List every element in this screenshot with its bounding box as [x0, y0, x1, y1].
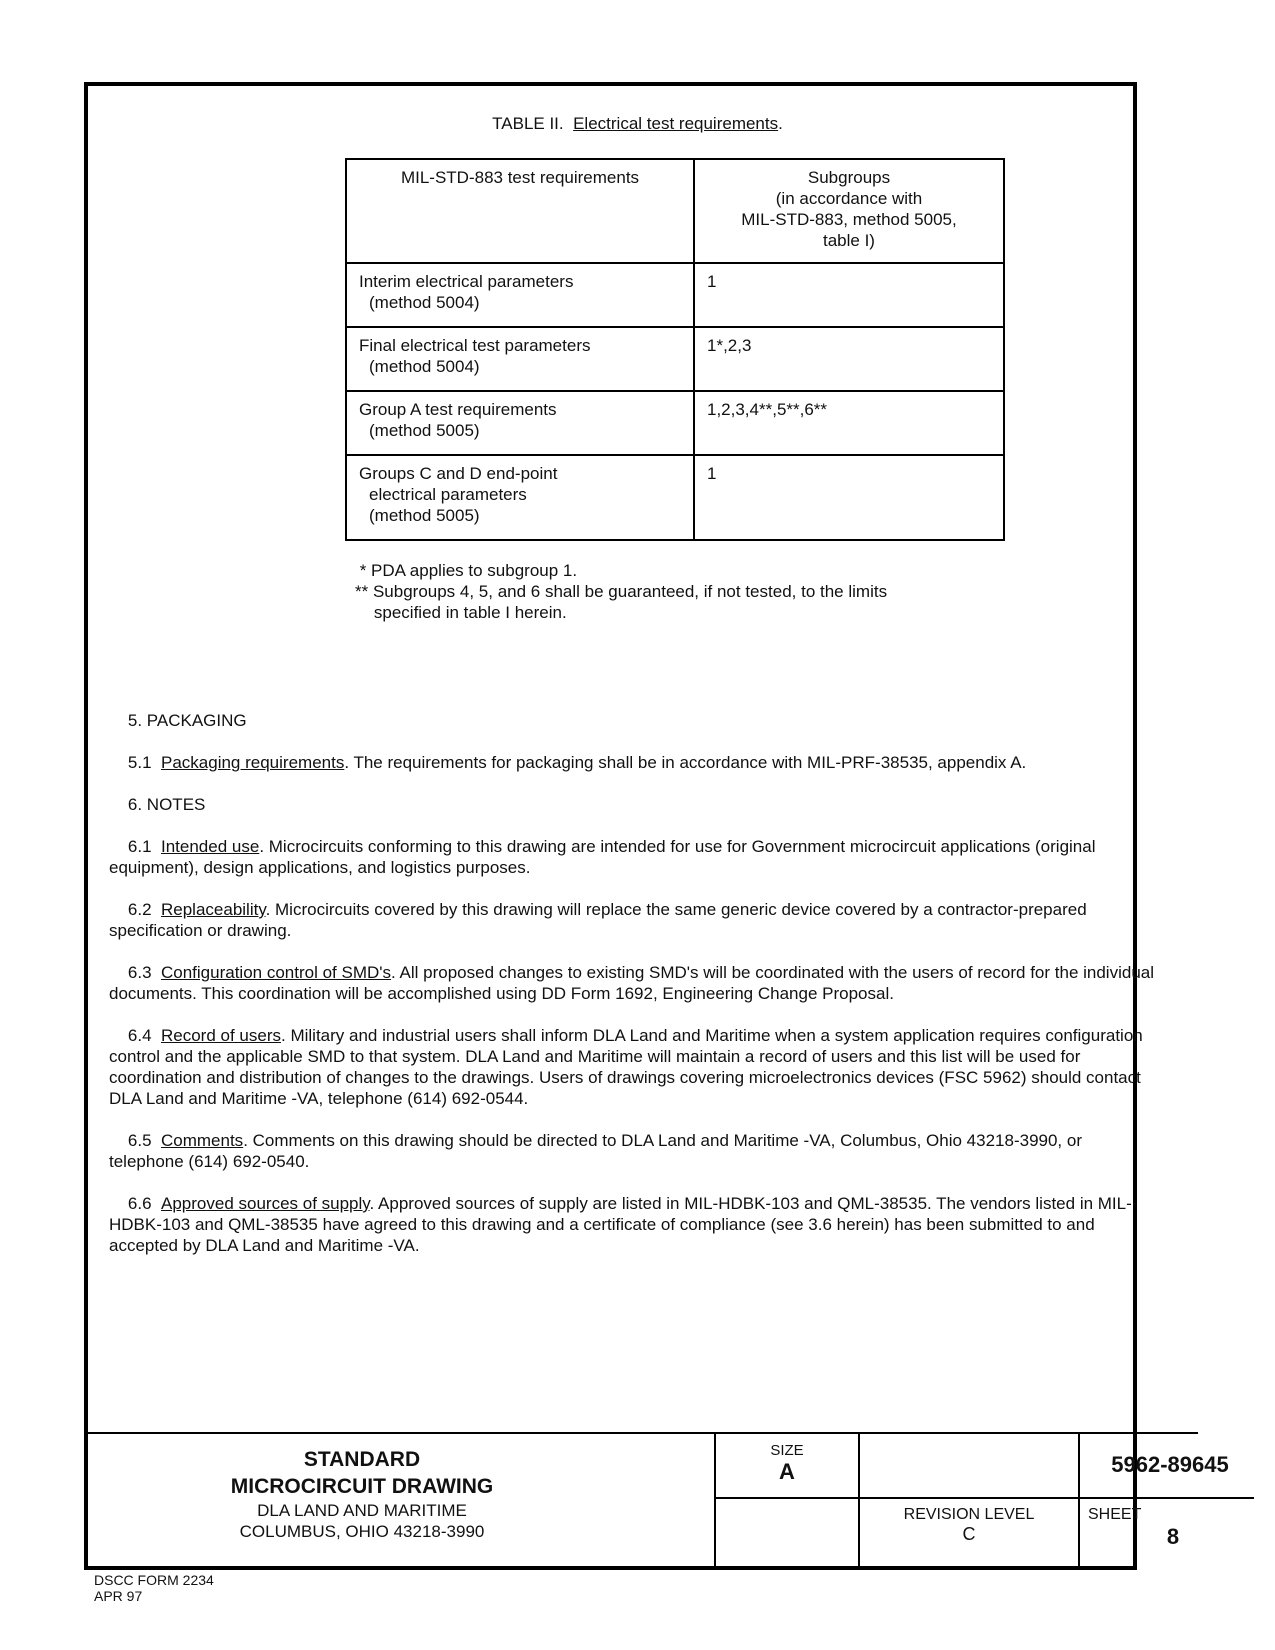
- form-date: APR 97: [94, 1588, 214, 1604]
- document-number: 5962-89645: [1111, 1452, 1228, 1477]
- requirement-text: Groups C and D end-point: [359, 464, 557, 483]
- header-text: table I): [823, 231, 875, 250]
- agency-name: DLA LAND AND MARITIME: [88, 1500, 636, 1521]
- sheet-number: 8: [1088, 1524, 1238, 1550]
- header-text: MIL-STD-883, method 5005,: [741, 210, 956, 229]
- paragraph-6-2: 6.2 Replaceability. Microcircuits covere…: [109, 899, 1159, 941]
- section-6-heading: 6. NOTES: [109, 794, 1159, 815]
- subgroups-cell: 1*,2,3: [694, 327, 1004, 391]
- footnote: * PDA applies to subgroup 1.: [355, 560, 887, 581]
- paragraph-text: . The requirements for packaging shall b…: [344, 753, 1026, 772]
- paragraph-6-3: 6.3 Configuration control of SMD's. All …: [109, 962, 1159, 1004]
- subgroups-cell: 1,2,3,4**,5**,6**: [694, 391, 1004, 455]
- paragraph-number: 6.2: [128, 900, 152, 919]
- table-row: Groups C and D end-pointelectrical param…: [346, 455, 1004, 540]
- table-title-text: Electrical test requirements: [573, 114, 778, 133]
- requirement-text: Final electrical test parameters: [359, 336, 590, 355]
- requirement-cell: Group A test requirements(method 5005): [346, 391, 694, 455]
- sheet-cell: SHEET 8: [1088, 1506, 1238, 1550]
- electrical-test-table: MIL-STD-883 test requirements Subgroups …: [345, 158, 1005, 541]
- paragraph-5-1: 5.1 Packaging requirements. The requirem…: [109, 752, 1159, 773]
- requirement-cell: Interim electrical parameters(method 500…: [346, 263, 694, 327]
- heading-text: 5. PACKAGING: [128, 711, 247, 730]
- agency-address: COLUMBUS, OHIO 43218-3990: [88, 1521, 636, 1542]
- paragraph-6-1: 6.1 Intended use. Microcircuits conformi…: [109, 836, 1159, 878]
- subgroups-cell: 1: [694, 263, 1004, 327]
- header-requirements: MIL-STD-883 test requirements: [346, 159, 694, 263]
- paragraph-6-4: 6.4 Record of users. Military and indust…: [109, 1025, 1159, 1109]
- requirement-method: (method 5005): [359, 505, 681, 526]
- requirement-method: (method 5004): [359, 356, 681, 377]
- divider: [714, 1497, 1254, 1499]
- header-subgroups: Subgroups (in accordance with MIL-STD-88…: [694, 159, 1004, 263]
- size-cell: SIZE A: [716, 1442, 858, 1485]
- document-number-cell: 5962-89645: [1080, 1452, 1260, 1478]
- paragraph-number: 6.3: [128, 963, 152, 982]
- requirement-method: (method 5005): [359, 420, 681, 441]
- paragraph-number: 5.1: [128, 753, 152, 772]
- requirement-method: (method 5004): [359, 292, 681, 313]
- paragraph-title: Comments: [161, 1131, 243, 1150]
- title-block: STANDARD MICROCIRCUIT DRAWING DLA LAND A…: [88, 1432, 1198, 1568]
- form-identifier: DSCC FORM 2234 APR 97: [94, 1572, 214, 1604]
- section-5-heading: 5. PACKAGING: [109, 710, 1159, 731]
- requirement-text: Group A test requirements: [359, 400, 557, 419]
- requirement-text: Interim electrical parameters: [359, 272, 573, 291]
- table-label: TABLE II.: [492, 114, 564, 133]
- paragraph-title: Intended use: [161, 837, 259, 856]
- table-title-period: .: [778, 114, 783, 133]
- divider: [858, 1434, 860, 1568]
- table-footnotes: * PDA applies to subgroup 1. ** Subgroup…: [355, 560, 887, 623]
- table-row: Interim electrical parameters(method 500…: [346, 263, 1004, 327]
- subgroups-cell: 1: [694, 455, 1004, 540]
- header-text: (in accordance with: [776, 189, 922, 208]
- paragraph-number: 6.4: [128, 1026, 152, 1045]
- table-row: Group A test requirements(method 5005) 1…: [346, 391, 1004, 455]
- document-body: 5. PACKAGING 5.1 Packaging requirements.…: [109, 710, 1159, 1277]
- header-text: MIL-STD-883 test requirements: [401, 168, 639, 187]
- paragraph-number: 6.1: [128, 837, 152, 856]
- revision-cell: REVISION LEVEL C: [860, 1506, 1078, 1545]
- size-label: SIZE: [716, 1442, 858, 1459]
- paragraph-6-5: 6.5 Comments. Comments on this drawing s…: [109, 1130, 1159, 1172]
- footnote: specified in table I herein.: [355, 602, 887, 623]
- size-value: A: [716, 1459, 858, 1485]
- table-header-row: MIL-STD-883 test requirements Subgroups …: [346, 159, 1004, 263]
- title-line: MICROCIRCUIT DRAWING: [88, 1473, 636, 1500]
- paragraph-title: Packaging requirements: [161, 753, 344, 772]
- paragraph-6-6: 6.6 Approved sources of supply. Approved…: [109, 1193, 1159, 1256]
- paragraph-title: Record of users: [161, 1026, 281, 1045]
- requirement-text: electrical parameters: [359, 484, 681, 505]
- revision-label: REVISION LEVEL: [860, 1506, 1078, 1524]
- form-number: DSCC FORM 2234: [94, 1572, 214, 1588]
- sheet-label: SHEET: [1088, 1506, 1238, 1524]
- footnote: ** Subgroups 4, 5, and 6 shall be guaran…: [355, 581, 887, 602]
- paragraph-title: Approved sources of supply: [161, 1194, 370, 1213]
- paragraph-text: . Comments on this drawing should be dir…: [109, 1131, 1082, 1171]
- requirement-cell: Groups C and D end-pointelectrical param…: [346, 455, 694, 540]
- paragraph-title: Replaceability: [161, 900, 266, 919]
- title-line: STANDARD: [88, 1446, 636, 1473]
- requirement-cell: Final electrical test parameters(method …: [346, 327, 694, 391]
- paragraph-title: Configuration control of SMD's: [161, 963, 391, 982]
- table-row: Final electrical test parameters(method …: [346, 327, 1004, 391]
- header-text: Subgroups: [808, 168, 890, 187]
- table-title: TABLE II. Electrical test requirements.: [0, 114, 1275, 134]
- heading-text: 6. NOTES: [128, 795, 205, 814]
- paragraph-number: 6.5: [128, 1131, 152, 1150]
- paragraph-number: 6.6: [128, 1194, 152, 1213]
- revision-value: C: [860, 1524, 1078, 1545]
- standard-drawing-title: STANDARD MICROCIRCUIT DRAWING DLA LAND A…: [88, 1446, 636, 1542]
